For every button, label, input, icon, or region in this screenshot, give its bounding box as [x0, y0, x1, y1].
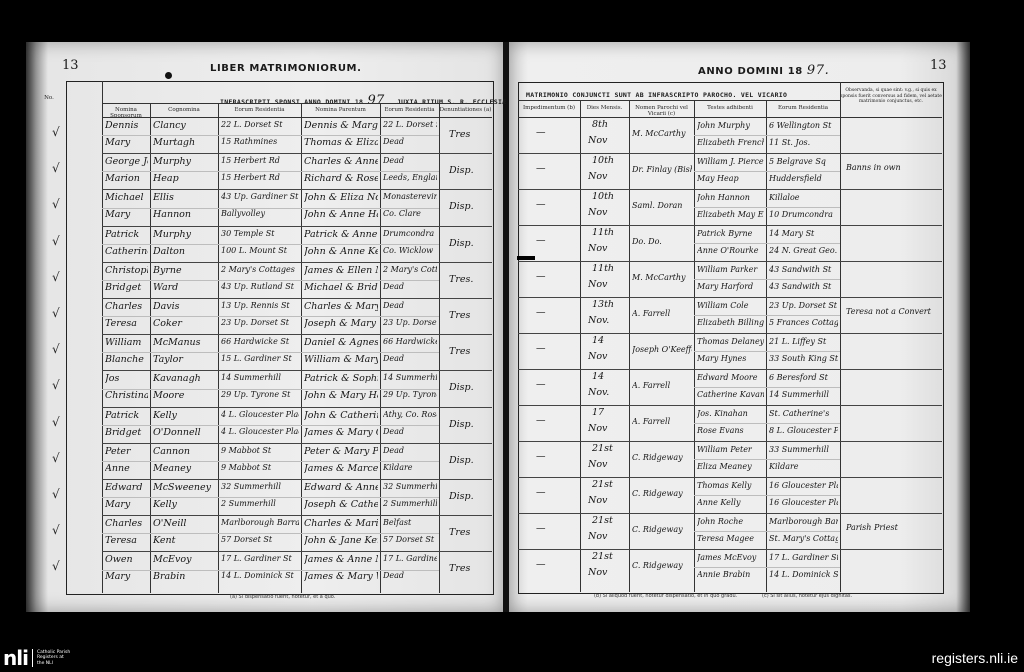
row-divider: [518, 441, 942, 442]
bride-surname: O'Donnell: [153, 427, 216, 438]
banns: Tres: [449, 527, 488, 538]
right-banner: MATRIMONIO CONJUNCTI SUNT AB INFRASCRIPT…: [526, 91, 787, 99]
bride-par-res: Co. Clare: [383, 209, 437, 218]
ruled-line: [102, 316, 439, 317]
bride-surname: Hannon: [153, 209, 216, 220]
priest-name: Dr. Finlay (Bishop): [632, 165, 692, 174]
column-divider: [301, 103, 302, 593]
witness-2: Eliza Meaney: [697, 462, 764, 471]
witness-1-residence: Killaloe: [769, 193, 838, 202]
groom-first: Jos: [105, 373, 148, 384]
row-divider: [102, 515, 492, 516]
book-spine: [503, 42, 509, 612]
bride-first: Marion: [105, 173, 148, 184]
right-page-title: ANNO DOMINI 18 97.: [698, 63, 829, 78]
entry-check-mark: √: [52, 125, 60, 139]
priest-name: Saml. Doran: [632, 201, 692, 210]
witness-1-residence: 16 Gloucester Place: [769, 481, 838, 490]
ruled-line: [102, 425, 439, 426]
entry-check-mark: √: [52, 270, 60, 284]
ruled-line: [694, 135, 840, 136]
month: Nov: [588, 423, 626, 434]
groom-par-res: 14 Summerhill: [383, 373, 437, 382]
priest-name: M. McCarthy: [632, 129, 692, 138]
groom-surname: Murphy: [153, 229, 216, 240]
ink-blot: [165, 72, 172, 79]
witness-1-residence: 33 Summerhill: [769, 445, 838, 454]
column-divider: [840, 82, 841, 592]
banns: Disp.: [449, 201, 488, 212]
witness-2: Elizabeth May Ellis: [697, 210, 764, 219]
logo-line-3: the NLI: [37, 661, 53, 666]
row-divider: [518, 369, 942, 370]
day: 11th: [592, 227, 626, 238]
witness-1: Thomas Kelly: [697, 481, 764, 490]
witness-2: Anne Kelly: [697, 498, 764, 507]
groom-surname: Kelly: [153, 410, 216, 421]
witness-2: Elizabeth French: [697, 138, 764, 147]
row-divider: [102, 407, 492, 408]
groom-surname: Byrne: [153, 265, 216, 276]
month: Nov.: [588, 315, 626, 326]
row-divider: [102, 334, 492, 335]
groom-par-res: Monasterevin: [383, 192, 437, 201]
bride-res: 2 Summerhill: [221, 499, 299, 508]
impediment: —: [536, 127, 566, 138]
bride-parents: James & Mary Waters: [304, 571, 378, 582]
bride-par-res: 2 Summerhill: [383, 499, 437, 508]
ruled-line: [102, 497, 439, 498]
bride-first: Teresa: [105, 318, 148, 329]
row-divider: [102, 153, 492, 154]
entry-check-mark: √: [52, 415, 60, 429]
groom-parents: John & Eliza Nolan: [304, 192, 378, 203]
bride-surname: Heap: [153, 173, 216, 184]
bride-surname: Meaney: [153, 463, 216, 474]
bride-parents: Michael & Bridget Cullen: [304, 282, 378, 293]
witness-2: May Heap: [697, 174, 764, 183]
row-divider: [102, 479, 492, 480]
priest-name: Do. Do.: [632, 237, 692, 246]
bride-res: 43 Up. Rutland St: [221, 282, 299, 291]
groom-parents: Patrick & Anne Hatton: [304, 229, 378, 240]
entry-check-mark: √: [52, 342, 60, 356]
banns: Disp.: [449, 238, 488, 249]
witness-1: John Hannon: [697, 193, 764, 202]
ruled-line: [102, 461, 439, 462]
entry-check-mark: √: [52, 306, 60, 320]
bride-parents: John & Mary Hanlon: [304, 390, 378, 401]
priest-name: A. Farrell: [632, 417, 692, 426]
priest-name: A. Farrell: [632, 309, 692, 318]
groom-res: Marlborough Barracks: [221, 518, 299, 527]
header-divider: [518, 100, 840, 101]
ruled-line: [102, 533, 439, 534]
bride-par-res: Dead: [383, 354, 437, 363]
col-cognomina-header: Cognomina: [150, 107, 218, 113]
witness-1: Edward Moore: [697, 373, 764, 382]
priest-name: C. Ridgeway: [632, 489, 692, 498]
groom-par-res: Belfast: [383, 518, 437, 527]
groom-first: Owen: [105, 554, 148, 565]
groom-first: Christopher: [105, 265, 148, 276]
column-divider: [150, 103, 151, 593]
witness-1-residence: 14 Mary St: [769, 229, 838, 238]
row-divider: [518, 405, 942, 406]
witness-1-residence: 43 Sandwith St: [769, 265, 838, 274]
ruled-line: [694, 243, 840, 244]
witness-2-residence: 43 Sandwith St: [769, 282, 838, 291]
groom-res: 22 L. Dorset St: [221, 120, 299, 129]
witness-2: Rose Evans: [697, 426, 764, 435]
groom-first: Edward: [105, 482, 148, 493]
header-divider: [102, 117, 492, 118]
bride-parents: Joseph & Catherine O'Keeffe: [304, 499, 378, 510]
day: 14: [592, 335, 626, 346]
row-divider: [518, 513, 942, 514]
row-divider: [102, 189, 492, 190]
witness-1: Patrick Byrne: [697, 229, 764, 238]
right-footnote-c: (c) Si sit alius, notetur ejus dignitas.: [762, 593, 852, 599]
witness-1: John Roche: [697, 517, 764, 526]
bride-par-res: Dead: [383, 137, 437, 146]
groom-parents: John & Catherine Mary: [304, 410, 378, 421]
groom-parents: Charles & Mary Wood: [304, 301, 378, 312]
witness-1: Jos. Kinahan: [697, 409, 764, 418]
impediment: —: [536, 415, 566, 426]
bride-surname: Taylor: [153, 354, 216, 365]
day: 10th: [592, 155, 626, 166]
col-denuntiationes-header: Denuntiationes (a): [439, 107, 492, 113]
groom-parents: Dennis & Margaret Carr: [304, 120, 378, 131]
column-divider: [439, 103, 440, 593]
impediment: —: [536, 379, 566, 390]
groom-par-res: 2 Mary's Cottages: [383, 265, 437, 274]
day: 13th: [592, 299, 626, 310]
bride-parents: William & Mary Meade: [304, 354, 378, 365]
witness-2: Mary Harford: [697, 282, 764, 291]
groom-par-res: 22 L. Dorset St: [383, 120, 437, 129]
witness-1: John Murphy: [697, 121, 764, 130]
bride-surname: Coker: [153, 318, 216, 329]
row-divider: [518, 333, 942, 334]
groom-parents: James & Ellen McGuirk: [304, 265, 378, 276]
day: 17: [592, 407, 626, 418]
entry-check-mark: √: [52, 161, 60, 175]
col-testes-header: Testes adhibenti: [694, 105, 766, 111]
witness-1-residence: 23 Up. Dorset St: [769, 301, 838, 310]
groom-res: 43 Up. Gardiner St: [221, 192, 299, 201]
witness-2-residence: 8 L. Gloucester Place: [769, 426, 838, 435]
site-link[interactable]: registers.nli.ie: [932, 650, 1018, 666]
banns: Tres: [449, 129, 488, 140]
bride-res: 100 L. Mount St: [221, 246, 299, 255]
column-divider: [629, 100, 630, 592]
month: Nov: [588, 171, 626, 182]
col-dies-mensis-header: Dies Mensis.: [580, 105, 629, 111]
groom-res: 66 Hardwicke St: [221, 337, 299, 346]
month: Nov: [588, 207, 626, 218]
row-divider: [102, 226, 492, 227]
bride-surname: Moore: [153, 390, 216, 401]
col-nomen-parochi-header: Nomen Parochi vel Vicarii (c): [629, 105, 694, 117]
logo-line-1: Catholic Parish: [37, 650, 70, 655]
bride-first: Anne: [105, 463, 148, 474]
witness-2-residence: 24 N. Great Geo.: [769, 246, 838, 255]
bookmark-marker: [517, 256, 535, 260]
witness-2: Elizabeth Billings: [697, 318, 764, 327]
witness-2: Catherine Kavanagh: [697, 390, 764, 399]
bride-par-res: Kildare: [383, 463, 437, 472]
column-divider: [218, 103, 219, 593]
entry-check-mark: √: [52, 487, 60, 501]
row-divider: [518, 477, 942, 478]
ruled-line: [694, 531, 840, 532]
bride-first: Bridget: [105, 427, 148, 438]
groom-first: Peter: [105, 446, 148, 457]
witness-2: Anne O'Rourke: [697, 246, 764, 255]
groom-par-res: Dead: [383, 446, 437, 455]
groom-parents: Peter & Mary Plunkett: [304, 446, 378, 457]
ruled-line: [694, 279, 840, 280]
bride-res: 15 L. Gardiner St: [221, 354, 299, 363]
witness-1-residence: 17 L. Gardiner St: [769, 553, 838, 562]
ruled-line: [102, 171, 439, 172]
day: 10th: [592, 191, 626, 202]
groom-first: Michael: [105, 192, 148, 203]
witness-1: William Cole: [697, 301, 764, 310]
bride-parents: James & Mary Conroy: [304, 427, 378, 438]
left-page-title: LIBER MATRIMONIORUM.: [210, 63, 362, 74]
bride-res: 15 Rathmines: [221, 137, 299, 146]
witness-1-residence: Marlborough Barracks: [769, 517, 838, 526]
bride-surname: Dalton: [153, 246, 216, 257]
witness-1-residence: 6 Beresford St: [769, 373, 838, 382]
witness-2: Mary Hynes: [697, 354, 764, 363]
ruled-line: [102, 352, 439, 353]
bride-par-res: Dead: [383, 427, 437, 436]
bride-par-res: Co. Wicklow: [383, 246, 437, 255]
groom-par-res: 66 Hardwicke St: [383, 337, 437, 346]
bride-surname: Kelly: [153, 499, 216, 510]
right-page-number: 13: [930, 58, 947, 73]
ruled-line: [694, 459, 840, 460]
banns: Disp.: [449, 382, 488, 393]
banns: Tres: [449, 310, 488, 321]
bride-first: Christina: [105, 390, 148, 401]
ruled-line: [102, 389, 439, 390]
nli-logo-mark: nli: [3, 648, 28, 668]
groom-parents: Charles & Anne Hughes: [304, 156, 378, 167]
column-divider: [766, 100, 767, 592]
observations: Teresa not a Convert: [846, 307, 938, 316]
groom-surname: Clancy: [153, 120, 216, 131]
groom-par-res: Dead: [383, 156, 437, 165]
witness-2-residence: 16 Gloucester Place: [769, 498, 838, 507]
month: Nov: [588, 135, 626, 146]
groom-res: 9 Mabbot St: [221, 446, 299, 455]
impediment: —: [536, 271, 566, 282]
bride-first: Mary: [105, 209, 148, 220]
priest-name: C. Ridgeway: [632, 561, 692, 570]
witness-2: Annie Brabin: [697, 570, 764, 579]
priest-name: Joseph O'Keeffe: [632, 345, 692, 354]
row-divider: [102, 551, 492, 552]
witness-2-residence: 5 Frances Cottages: [769, 318, 838, 327]
col-eorum-residentia-header: Eorum Residentia: [218, 107, 301, 113]
entry-check-mark: √: [52, 451, 60, 465]
groom-first: Charles: [105, 301, 148, 312]
witness-1-residence: 6 Wellington St: [769, 121, 838, 130]
groom-parents: Patrick & Sophia: [304, 373, 378, 384]
groom-par-res: 32 Summerhill: [383, 482, 437, 491]
bride-surname: Brabin: [153, 571, 216, 582]
bride-first: Mary: [105, 499, 148, 510]
month: Nov: [588, 243, 626, 254]
ruled-line: [694, 567, 840, 568]
groom-first: Patrick: [105, 410, 148, 421]
groom-res: 17 L. Gardiner St: [221, 554, 299, 563]
impediment: —: [536, 199, 566, 210]
banns: Tres.: [449, 274, 488, 285]
groom-surname: Kavanagh: [153, 373, 216, 384]
entry-check-mark: √: [52, 523, 60, 537]
col-nomina-parentum-header: Nomina Parentum: [301, 107, 380, 113]
logo-line-2: Registers at: [37, 655, 64, 660]
month: Nov: [588, 351, 626, 362]
groom-par-res: Dead: [383, 301, 437, 310]
row-divider: [518, 225, 942, 226]
priest-name: C. Ridgeway: [632, 525, 692, 534]
entry-check-mark: √: [52, 234, 60, 248]
witness-2-residence: 14 L. Dominick St: [769, 570, 838, 579]
bride-first: Catherine: [105, 246, 148, 257]
bride-parents: Thomas & Elizabeth Lyle: [304, 137, 378, 148]
bride-par-res: 23 Up. Dorset: [383, 318, 437, 327]
bride-res: 57 Dorset St: [221, 535, 299, 544]
bride-surname: Ward: [153, 282, 216, 293]
groom-first: George Joseph: [105, 156, 148, 167]
groom-surname: McManus: [153, 337, 216, 348]
witness-2-residence: 33 South King St: [769, 354, 838, 363]
entry-check-mark: √: [52, 197, 60, 211]
bride-par-res: Dead: [383, 282, 437, 291]
nli-logo-text: Catholic Parish Registers at the NLI: [37, 650, 70, 667]
left-banner: INFRASCRIPTI SPONSI ANNO DOMINI 18 97 JU…: [220, 93, 506, 108]
month: Nov: [588, 531, 626, 542]
groom-first: William: [105, 337, 148, 348]
column-divider: [580, 100, 581, 592]
witness-2-residence: 11 St. Jos.: [769, 138, 838, 147]
impediment: —: [536, 307, 566, 318]
right-title-prefix: ANNO DOMINI 18: [698, 66, 803, 77]
column-divider: [380, 103, 381, 593]
day: 8th: [592, 119, 626, 130]
column-divider: [694, 100, 695, 592]
left-page-number: 13: [62, 58, 79, 73]
banns: Disp.: [449, 455, 488, 466]
ruled-line: [102, 244, 439, 245]
header-divider: [518, 117, 942, 118]
col-parents-residentia-header: Eorum Residentia: [380, 107, 439, 113]
banns: Disp.: [449, 491, 488, 502]
banns: Disp.: [449, 419, 488, 430]
impediment: —: [536, 523, 566, 534]
groom-first: Charles: [105, 518, 148, 529]
right-title-year: 97.: [807, 63, 829, 78]
witness-1: William J. Pierce: [697, 157, 764, 166]
ruled-line: [694, 387, 840, 388]
day: 21st: [592, 551, 626, 562]
witness-1-residence: 21 L. Liffey St: [769, 337, 838, 346]
row-divider: [102, 443, 492, 444]
month: Nov: [588, 495, 626, 506]
left-footnote: (a) Si dispensatio fuerit, notetur, et a…: [230, 594, 335, 600]
bride-parents: John & Jane Kent: [304, 535, 378, 546]
groom-surname: O'Neill: [153, 518, 216, 529]
witness-2: Teresa Magee: [697, 534, 764, 543]
groom-surname: Cannon: [153, 446, 216, 457]
witness-2-residence: Huddersfield: [769, 174, 838, 183]
bride-par-res: Dead: [383, 571, 437, 580]
witness-1-residence: St. Catherine's: [769, 409, 838, 418]
groom-surname: Davis: [153, 301, 216, 312]
col-testes-residentia-header: Eorum Residentia: [766, 105, 840, 111]
groom-res: 4 L. Gloucester Place: [221, 410, 299, 419]
banns: Tres: [449, 563, 488, 574]
groom-res: 13 Up. Rennis St: [221, 301, 299, 310]
bride-res: 23 Up. Dorset St: [221, 318, 299, 327]
groom-parents: James & Anne Nicholls: [304, 554, 378, 565]
bride-surname: Murtagh: [153, 137, 216, 148]
row-divider: [518, 153, 942, 154]
groom-par-res: Athy, Co. Roscommon: [383, 410, 437, 419]
groom-parents: Daniel & Agnes Hammond: [304, 337, 378, 348]
row-divider: [102, 298, 492, 299]
bride-par-res: 29 Up. Tyrone St: [383, 390, 437, 399]
bride-res: 4 L. Gloucester Place: [221, 427, 299, 436]
groom-first: Dennis: [105, 120, 148, 131]
column-divider: [102, 81, 103, 593]
bride-first: Blanche: [105, 354, 148, 365]
groom-first: Patrick: [105, 229, 148, 240]
impediment: —: [536, 343, 566, 354]
groom-res: 15 Herbert Rd: [221, 156, 299, 165]
col-impedimentum-header: Impedimentum (b): [518, 105, 580, 111]
impediment: —: [536, 559, 566, 570]
impediment: —: [536, 487, 566, 498]
day: 11th: [592, 263, 626, 274]
row-divider: [102, 370, 492, 371]
bride-parents: Joseph & Mary Brady: [304, 318, 378, 329]
impediment: —: [536, 235, 566, 246]
nli-logo[interactable]: nli Catholic Parish Registers at the NLI: [3, 648, 70, 668]
bride-surname: Kent: [153, 535, 216, 546]
priest-name: M. McCarthy: [632, 273, 692, 282]
day: 14: [592, 371, 626, 382]
month: Nov: [588, 459, 626, 470]
banns: Disp.: [449, 165, 488, 176]
no-label: No.: [40, 95, 58, 101]
ruled-line: [102, 135, 439, 136]
row-divider: [102, 262, 492, 263]
groom-surname: McEvoy: [153, 554, 216, 565]
bride-parents: Richard & Rose Heap: [304, 173, 378, 184]
groom-surname: Ellis: [153, 192, 216, 203]
witness-1-residence: 5 Belgrave Sq: [769, 157, 838, 166]
day: 21st: [592, 515, 626, 526]
left-banner-prefix: INFRASCRIPTI SPONSI ANNO DOMINI 18: [220, 98, 363, 106]
